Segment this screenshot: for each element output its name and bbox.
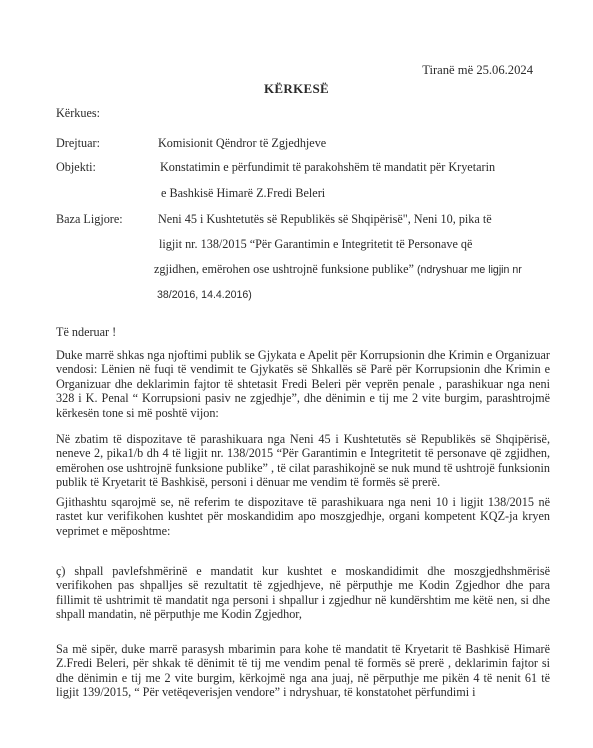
paragraph-4: ç) shpall pavlefshmërinë e mandatit kur … — [56, 564, 550, 622]
paragraph-3: Gjithashtu sqarojmë se, në referim te di… — [56, 495, 550, 538]
object-line-1: Konstatimin e përfundimit të parakohshëm… — [160, 160, 495, 175]
requester-label: Kërkues: — [56, 106, 100, 121]
paragraph-2: Në zbatim të dispozitave të parashikuara… — [56, 432, 550, 490]
salutation: Të nderuar ! — [56, 325, 116, 340]
legal-basis-line-2: ligjit nr. 138/2015 “Për Garantimin e In… — [159, 237, 472, 252]
legal-basis-line-4: 38/2016, 14.4.2016) — [157, 289, 252, 301]
document-title: KËRKESË — [0, 81, 593, 97]
legal-basis-amendment-note: (ndryshuar me ligjin nr — [417, 264, 522, 276]
object-line-2: e Bashkisë Himarë Z.Fredi Beleri — [161, 186, 325, 201]
addressed-value: Komisionit Qëndror të Zgjedhjeve — [158, 136, 326, 151]
place-date: Tiranë më 25.06.2024 — [422, 63, 533, 78]
legal-basis-label: Baza Ligjore: — [56, 212, 123, 227]
paragraph-5: Sa më sipër, duke marrë parasysh mbarimi… — [56, 642, 550, 700]
paragraph-1: Duke marrë shkas nga njoftimi publik se … — [56, 348, 550, 420]
object-label: Objekti: — [56, 160, 96, 175]
addressed-label: Drejtuar: — [56, 136, 100, 151]
legal-basis-line-3: zgjidhen, emërohen ose ushtrojnë funksio… — [154, 262, 522, 277]
legal-basis-line-1: Neni 45 i Kushtetutës së Republikës së S… — [158, 212, 492, 227]
legal-basis-line-3-text: zgjidhen, emërohen ose ushtrojnë funksio… — [154, 262, 414, 276]
